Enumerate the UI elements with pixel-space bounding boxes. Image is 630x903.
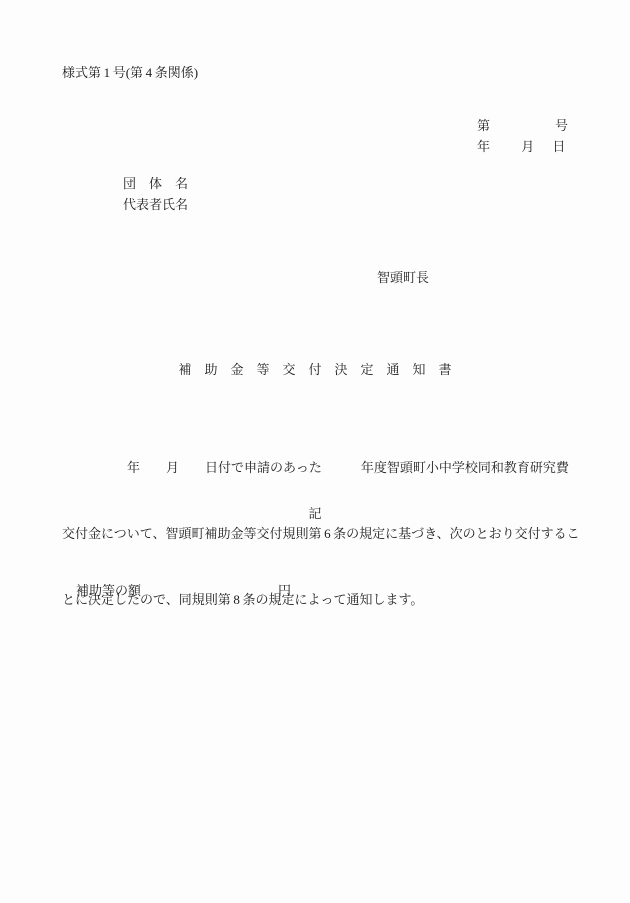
document-number-line: 第 号 (477, 116, 568, 136)
form-number-label: 様式第 1 号(第 4 条関係) (62, 63, 198, 83)
organization-name-label: 団 体 名 (123, 174, 188, 194)
body-line-1: 年 月 日付で申請のあった 年度智頭町小中学校同和教育研究費 (62, 457, 577, 479)
amount-label: 補助等の額 (76, 581, 141, 601)
amount-unit-yen: 円 (278, 581, 291, 601)
date-line: 年 月 日 (477, 137, 565, 157)
document-page: 様式第 1 号(第 4 条関係) 第 号 年 月 日 団 体 名 代表者氏名 智… (0, 0, 630, 903)
representative-name-label: 代表者氏名 (123, 195, 188, 215)
body-line-2: 交付金について、智頭町補助金等交付規則第 6 条の規定に基づき、次のとおり交付す… (62, 523, 577, 545)
document-title: 補 助 金 等 交 付 決 定 通 知 書 (0, 360, 630, 380)
record-marker: 記 (0, 504, 630, 524)
sender-mayor-name: 智頭町長 (377, 268, 429, 288)
body-paragraph: 年 月 日付で申請のあった 年度智頭町小中学校同和教育研究費 交付金について、智… (62, 413, 577, 655)
